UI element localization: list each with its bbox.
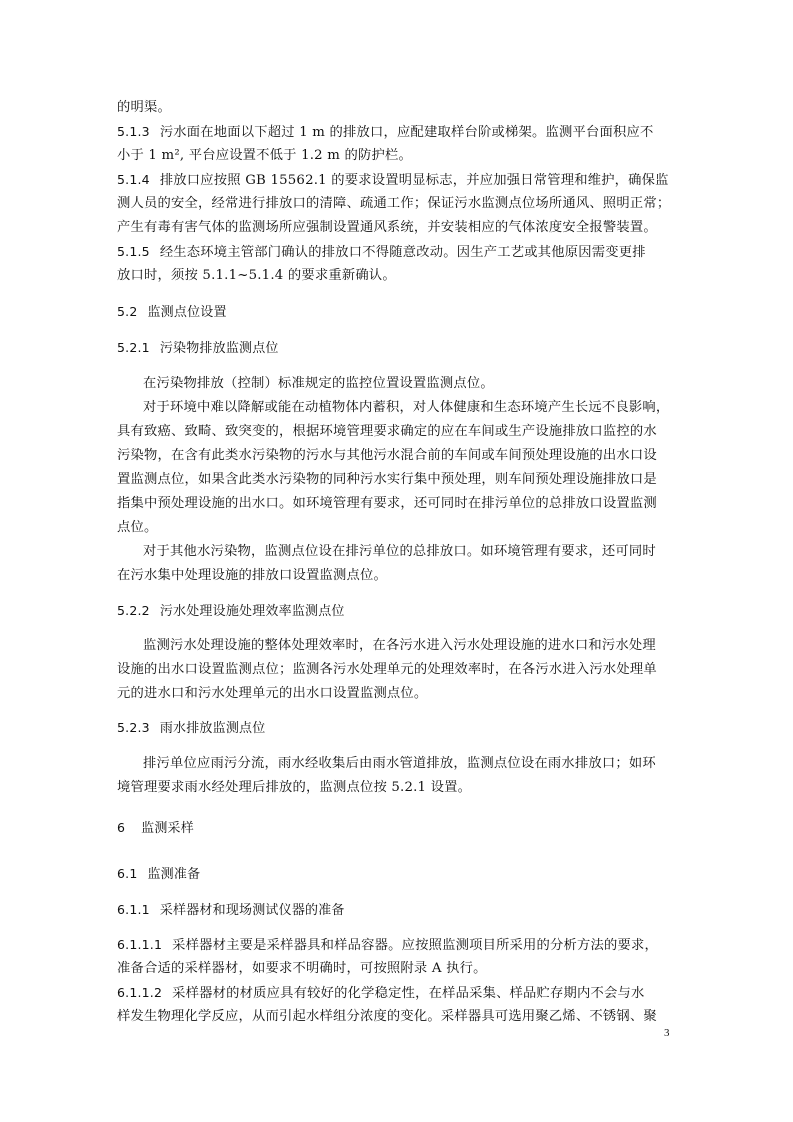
clause-number: 6.1.1.1 xyxy=(117,937,162,952)
line-text: 经生态环境主管部门确认的排放口不得随意改动。因生产工艺或其他原因需变更排 xyxy=(160,245,646,260)
clause-number: 5.1.3 xyxy=(117,124,150,139)
paragraph-line: 样发生物理化学反应，从而引起水样组分浓度的变化。采样器具可选用聚乙烯、不锈钢、聚 xyxy=(117,1005,674,1029)
line-text: 污水面在地面以下超过 1 m 的排放口，应配建取样台阶或梯架。监测平台面积应不 xyxy=(160,125,654,140)
paragraph-line: 境管理要求雨水经处理后排放的，监测点位按 5.2.1 设置。 xyxy=(117,776,674,800)
clause-number: 6.1.1.2 xyxy=(117,985,162,1000)
paragraph-line: 小于 1 m², 平台应设置不低于 1.2 m 的防护栏。 xyxy=(117,144,674,168)
line-text: 准备合适的采样器材，如要求不明确时，可按照附录 A 执行。 xyxy=(117,961,487,976)
line-text: 对于环境中难以降解或能在动植物体内蓄积，对人体健康和生态环境产生长远不良影响， xyxy=(143,400,669,415)
line-text: 指集中预处理设施的出水口。如环境管理有要求，还可同时在排污单位的总排放口设置监测 xyxy=(117,496,657,511)
line-text: 排污单位应雨污分流，雨水经收集后由雨水管道排放，监测点位设在雨水排放口；如环 xyxy=(143,756,656,771)
line-text: 对于其他水污染物，监测点位设在排污单位的总排放口。如环境管理有要求，还可同时 xyxy=(143,544,656,559)
clause-number: 5.2.1 xyxy=(117,340,150,355)
line-text: 放口时，须按 5.1.1~5.1.4 的要求重新确认。 xyxy=(117,268,396,283)
page-number: 3 xyxy=(664,1027,670,1039)
paragraph-line: 对于环境中难以降解或能在动植物体内蓄积，对人体健康和生态环境产生长远不良影响， xyxy=(117,396,700,420)
line-text: 样发生物理化学反应，从而引起水样组分浓度的变化。采样器具可选用聚乙烯、不锈钢、聚 xyxy=(117,1009,657,1024)
section-heading: 6监测采样 xyxy=(117,816,674,841)
line-text: 置监测点位，如果含此类水污染物的同种污水实行集中预处理，则车间预处理设施排放口是 xyxy=(117,472,657,487)
paragraph-line: 准备合适的采样器材，如要求不明确时，可按照附录 A 执行。 xyxy=(117,957,674,981)
clause-number: 5.2.2 xyxy=(117,603,150,618)
line-text: 在污染物排放（控制）标准规定的监控位置设置监测点位。 xyxy=(143,376,494,391)
paragraph-line: 排污单位应雨污分流，雨水经收集后由雨水管道排放，监测点位设在雨水排放口；如环 xyxy=(117,752,700,776)
paragraph-line: 监测污水处理设施的整体处理效率时，在各污水进入污水处理设施的进水口和污水处理 xyxy=(117,634,700,658)
paragraph-line: 指集中预处理设施的出水口。如环境管理有要求，还可同时在排污单位的总排放口设置监测 xyxy=(117,492,674,516)
heading-text: 监测准备 xyxy=(147,867,200,882)
line-text: 测人员的安全，经常进行排放口的清障、疏通工作；保证污水监测点位场所通风、照明正常… xyxy=(117,196,670,211)
line-text: 排放口应按照 GB 15562.1 的要求设置明显标志，并应加强日常管理和维护，… xyxy=(160,173,669,188)
paragraph-line: 具有致癌、致畸、致突变的，根据环境管理要求确定的应在车间或生产设施排放口监控的水 xyxy=(117,420,674,444)
line-text: 在污水集中处理设施的排放口设置监测点位。 xyxy=(117,568,387,583)
line-text: 监测污水处理设施的整体处理效率时，在各污水进入污水处理设施的进水口和污水处理 xyxy=(143,638,656,653)
section-heading: 6.1监测准备 xyxy=(117,862,674,887)
clause-number: 5.1.5 xyxy=(117,244,150,259)
section-heading: 6.1.1采样器材和现场测试仪器的准备 xyxy=(117,898,674,923)
paragraph-line: 在污水集中处理设施的排放口设置监测点位。 xyxy=(117,564,674,588)
paragraph-line: 点位。 xyxy=(117,516,674,540)
paragraph-line: 6.1.1.1采样器材主要是采样器具和样品容器。应按照监测项目所采用的分析方法的… xyxy=(117,933,674,958)
section-heading: 5.2.1污染物排放监测点位 xyxy=(117,336,674,361)
line-text: 具有致癌、致畸、致突变的，根据环境管理要求确定的应在车间或生产设施排放口监控的水 xyxy=(117,424,657,439)
section-heading: 5.2.3雨水排放监测点位 xyxy=(117,716,674,741)
paragraph-line: 5.1.5经生态环境主管部门确认的排放口不得随意改动。因生产工艺或其他原因需变更… xyxy=(117,240,674,265)
paragraph-line: 对于其他水污染物，监测点位设在排污单位的总排放口。如环境管理有要求，还可同时 xyxy=(117,540,700,564)
heading-text: 雨水排放监测点位 xyxy=(160,721,266,736)
paragraph-line: 的明渠。 xyxy=(117,96,674,120)
line-text: 境管理要求雨水经处理后排放的，监测点位按 5.2.1 设置。 xyxy=(117,780,471,795)
clause-number: 5.2 xyxy=(117,304,137,319)
paragraph-line: 产生有毒有害气体的监测场所应强制设置通风系统，并安装相应的气体浓度安全报警装置。 xyxy=(117,216,674,240)
heading-text: 污染物排放监测点位 xyxy=(160,341,279,356)
heading-text: 采样器材和现场测试仪器的准备 xyxy=(160,903,345,918)
paragraph-line: 6.1.1.2采样器材的材质应具有较好的化学稳定性，在样品采集、样品贮存期内不会… xyxy=(117,981,674,1006)
line-text: 小于 1 m², 平台应设置不低于 1.2 m 的防护栏。 xyxy=(117,148,412,163)
section-heading: 5.2.2污水处理设施处理效率监测点位 xyxy=(117,599,674,624)
section-heading: 5.2监测点位设置 xyxy=(117,300,674,325)
clause-number: 6.1 xyxy=(117,866,137,881)
paragraph-line: 设施的出水口设置监测点位；监测各污水处理单元的处理效率时，在各污水进入污水处理单 xyxy=(117,658,674,682)
paragraph-line: 在污染物排放（控制）标准规定的监控位置设置监测点位。 xyxy=(117,372,700,396)
clause-number: 5.1.4 xyxy=(117,172,150,187)
heading-text: 监测点位设置 xyxy=(147,305,226,320)
line-text: 点位。 xyxy=(117,520,158,535)
paragraph-line: 元的进水口和污水处理单元的出水口设置监测点位。 xyxy=(117,682,674,706)
heading-text: 监测采样 xyxy=(141,821,194,836)
line-text: 的明渠。 xyxy=(117,100,171,115)
clause-number: 5.2.3 xyxy=(117,720,150,735)
line-text: 元的进水口和污水处理单元的出水口设置监测点位。 xyxy=(117,686,427,701)
paragraph-line: 5.1.4排放口应按照 GB 15562.1 的要求设置明显标志，并应加强日常管… xyxy=(117,168,674,193)
heading-text: 污水处理设施处理效率监测点位 xyxy=(160,604,345,619)
paragraph-line: 放口时，须按 5.1.1~5.1.4 的要求重新确认。 xyxy=(117,264,674,288)
line-text: 采样器材的材质应具有较好的化学稳定性，在样品采集、样品贮存期内不会与水 xyxy=(172,986,644,1001)
paragraph-line: 污染物，在含有此类水污染物的污水与其他污水混合前的车间或车间预处理设施的出水口设 xyxy=(117,444,674,468)
clause-number: 6.1.1 xyxy=(117,902,150,917)
paragraph-line: 5.1.3污水面在地面以下超过 1 m 的排放口，应配建取样台阶或梯架。监测平台… xyxy=(117,120,674,145)
paragraph-line: 测人员的安全，经常进行排放口的清障、疏通工作；保证污水监测点位场所通风、照明正常… xyxy=(117,192,674,216)
line-text: 产生有毒有害气体的监测场所应强制设置通风系统，并安装相应的气体浓度安全报警装置。 xyxy=(117,220,657,235)
line-text: 设施的出水口设置监测点位；监测各污水处理单元的处理效率时，在各污水进入污水处理单 xyxy=(117,662,657,677)
paragraph-line: 置监测点位，如果含此类水污染物的同种污水实行集中预处理，则车间预处理设施排放口是 xyxy=(117,468,674,492)
line-text: 采样器材主要是采样器具和样品容器。应按照监测项目所采用的分析方法的要求， xyxy=(172,938,658,953)
line-text: 污染物，在含有此类水污染物的污水与其他污水混合前的车间或车间预处理设施的出水口设 xyxy=(117,448,657,463)
clause-number: 6 xyxy=(117,820,125,835)
